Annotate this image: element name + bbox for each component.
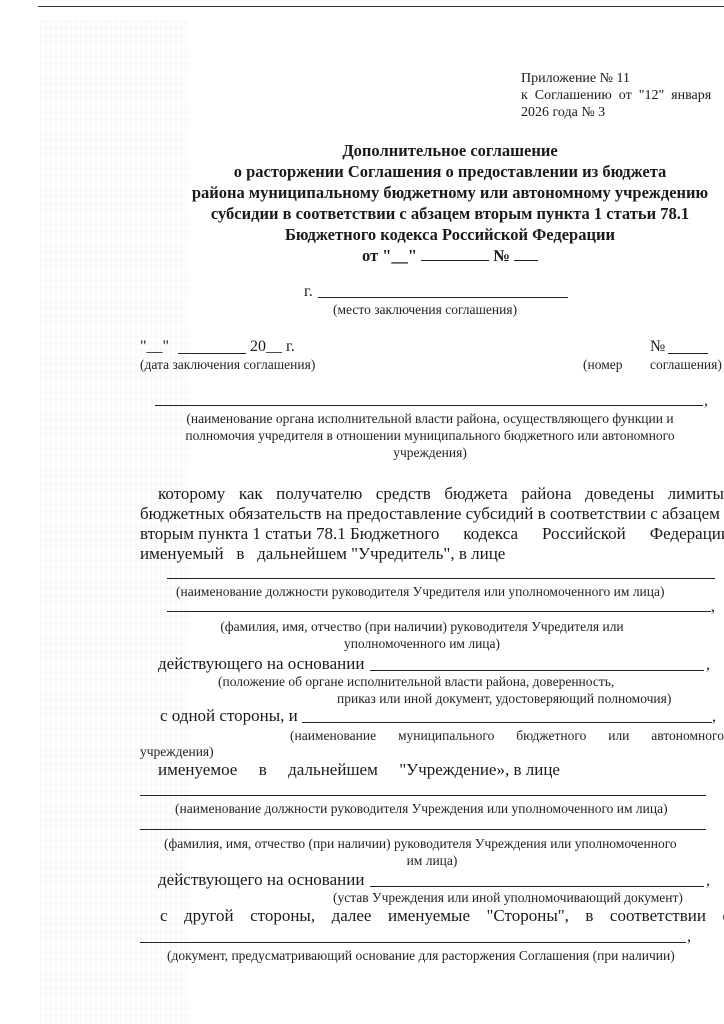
institution-position-blank[interactable] [140,795,706,796]
word: именуемые [388,906,470,925]
one-side-label: с одной стороны, и [160,706,298,725]
founder-name-caption-1: (фамилия, имя, отчество (при наличии) ру… [130,618,714,635]
place-caption: (место заключения соглашения) [333,301,517,318]
word: дальнейшем [288,760,378,779]
founder-basis-caption-2: приказ или иной документ, удостоверяющий… [337,690,671,707]
word: лимиты [668,484,724,503]
founder-organ-caption-2: полномочия учредителя в отношении муници… [130,427,724,444]
word: которому [158,484,225,503]
number-caption-1: (номер [583,356,623,373]
word: района [521,484,571,503]
paragraph-line-2: бюджетных обязательств на предоставление… [140,504,720,523]
word: муниципального [398,727,494,744]
date-caption: (дата заключения соглашения) [140,356,315,373]
word: Федерации [650,524,724,543]
word: бюджетного [516,727,586,744]
institution-named-line: именуемое в дальнейшем "Учреждение», в л… [158,760,560,779]
title-line-4: субсидии в соответствии с абзацем вторым… [150,203,724,224]
institution-name-comma: , [712,708,716,726]
word: "Стороны", [486,906,568,925]
title-number-sign: № [493,246,510,265]
word: в [259,760,267,779]
word: с [160,906,168,925]
founder-position-caption: (наименование должности руководителя Учр… [176,583,665,600]
number-caption-2: соглашения) [650,356,722,373]
word: (наименование [290,727,376,744]
word: вторым пункта 1 статьи 78.1 Бюджетного [140,524,439,543]
word: автономного [651,727,724,744]
word: Российской [542,524,626,543]
date-quote: "__" [140,338,169,356]
annex-header: Приложение № 11 к Соглашению от "12" янв… [521,70,711,121]
institution-name-blank[interactable] [302,722,712,723]
word: как [239,484,263,503]
institution-head-name-caption-2: им лица) [140,852,724,869]
founder-basis-blank[interactable] [370,670,704,671]
title-line-2: о расторжении Соглашения о предоставлени… [150,161,724,182]
termination-doc-caption: (документ, предусматривающий основание д… [167,947,675,964]
institution-name-caption-1: (наименование муниципального бюджетного … [290,727,724,744]
founder-basis-comma: , [706,656,710,674]
word: средств [376,484,431,503]
word: другой [184,906,234,925]
paragraph-line-3: вторым пункта 1 статьи 78.1 Бюджетного к… [140,524,724,543]
founder-organ-caption-1: (наименование органа исполнительной влас… [130,410,724,427]
parties-line: с другой стороны, далее именуемые "Сторо… [160,906,724,925]
paragraph-line-4: именуемый в дальнейшем "Учредитель", в л… [140,544,505,563]
word: "Учреждение», в лице [399,760,560,779]
institution-position-caption: (наименование должности руководителя Учр… [175,800,668,817]
date-month-blank[interactable] [178,353,246,354]
title-date-prefix: от "__" [362,246,417,265]
annex-line-3: 2026 года № 3 [521,104,711,121]
title-line-5: Бюджетного кодекса Российской Федерации [150,224,724,245]
annex-line-1: Приложение № 11 [521,70,711,87]
word: далее [332,906,372,925]
agreement-number-blank[interactable] [668,353,708,354]
institution-basis-comma: , [706,872,710,890]
word: получателю [276,484,362,503]
document-title: Дополнительное соглашение о расторжении … [150,140,724,266]
word: кодекса [463,524,518,543]
termination-doc-blank[interactable] [140,942,686,943]
termination-doc-comma: , [687,928,691,946]
founder-position-blank[interactable] [167,578,715,579]
top-rule [38,6,724,7]
word: бюджета [444,484,507,503]
word: стороны, [250,906,315,925]
institution-head-name-caption-1: (фамилия, имя, отчество (при наличии) ру… [164,835,677,852]
founder-organ-caption-3: учреждения) [130,444,724,461]
place-prefix: г. [304,283,313,301]
founder-name-blank[interactable] [167,611,711,612]
institution-basis-blank[interactable] [370,886,704,887]
word: доведены [585,484,654,503]
annex-line-2: к Соглашению от "12" января [521,87,711,104]
institution-acting-label: действующего на основании [158,870,364,889]
institution-basis-caption: (устав Учреждения или иной уполномочиваю… [333,889,683,906]
date-year: 20__ г. [250,338,295,356]
institution-head-name-blank[interactable] [140,829,706,830]
paragraph-line-1: которому как получателю средств бюджета … [158,484,724,503]
title-line-6: от "__" № [150,245,724,266]
word: именуемое [158,760,237,779]
word: в [585,906,593,925]
founder-organ-blank[interactable] [155,405,703,406]
title-line-3: района муниципальному бюджетному или авт… [150,182,724,203]
founder-acting-label: действующего на основании [158,654,364,673]
title-line-1: Дополнительное соглашение [150,140,724,161]
institution-name-caption-2: учреждения) [140,743,214,760]
word: соответствии [610,906,706,925]
founder-name-caption-2: уполномоченного им лица) [130,635,714,652]
word: или [608,727,629,744]
founder-name-comma: , [711,598,715,616]
founder-organ-comma: , [704,392,708,410]
founder-basis-caption-1: (положение об органе исполнительной влас… [218,673,614,690]
title-date-blank[interactable] [421,246,489,261]
title-number-blank[interactable] [514,246,538,261]
place-blank[interactable] [318,297,568,298]
agreement-number-sign: № [650,338,665,356]
